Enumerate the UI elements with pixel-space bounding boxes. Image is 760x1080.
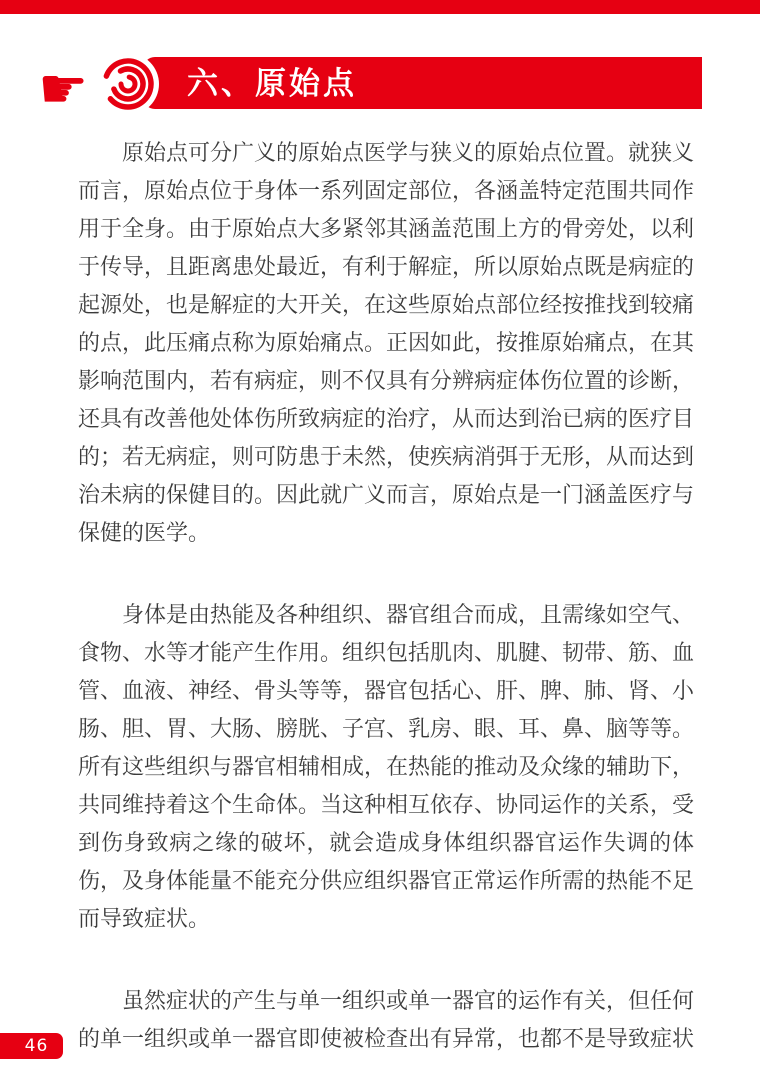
pointing-hand-icon: ☛	[38, 57, 88, 122]
top-edge-strip	[0, 0, 760, 14]
spiral-target-icon	[97, 53, 159, 115]
page-number: 46	[25, 1036, 49, 1056]
paragraph-1: 原始点可分广义的原始点医学与狭义的原始点位置。就狭义而言，原始点位于身体一系列固…	[78, 134, 694, 552]
paragraph-2: 身体是由热能及各种组织、器官组合而成，且需缘如空气、食物、水等才能产生作用。组织…	[78, 596, 694, 938]
chapter-icon: ☛	[38, 46, 172, 122]
body-text: 原始点可分广义的原始点医学与狭义的原始点位置。就狭义而言，原始点位于身体一系列固…	[78, 134, 694, 1058]
page-number-badge: 46	[0, 1033, 63, 1059]
chapter-header-bar: 六、原始点	[143, 57, 702, 109]
chapter-title: 六、原始点	[143, 68, 357, 99]
paragraph-3: 虽然症状的产生与单一组织或单一器官的运作有关，但任何的单一组织或单一器官即使被检…	[78, 982, 694, 1058]
